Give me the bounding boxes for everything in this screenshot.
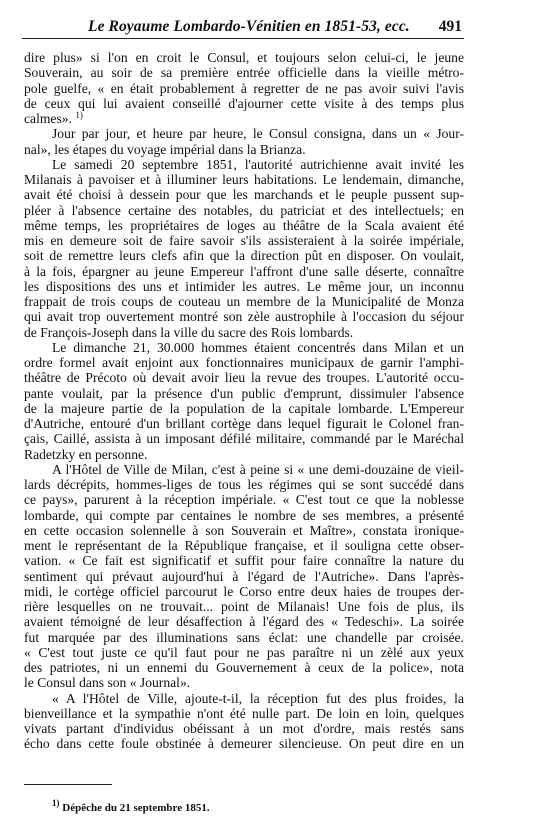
text-line: « A l'Hôtel de Ville, ajoute-t-il, la ré…: [24, 691, 464, 706]
text-line: des patriotes, ni un ennemi du Gouvernem…: [24, 660, 464, 675]
footnote-text: Dépêche du 21 septembre 1851.: [62, 802, 209, 814]
text-line: le Consul dans son « Journal».: [24, 675, 464, 690]
running-title: Le Royaume Lombardo-Vénitien en 1851-53,…: [88, 18, 410, 36]
text-line: fut marquée par des illuminations sans é…: [24, 630, 464, 645]
text-line: « C'est tout juste ce qu'il faut pour ne…: [24, 645, 464, 660]
text-line: Milanais à pavoiser et à illuminer leurs…: [24, 172, 464, 187]
footnote-marker: 1): [52, 798, 60, 808]
text-line: ce pays», parurent à la réception impéri…: [24, 492, 464, 507]
footnote: 1) Dépêche du 21 septembre 1851.: [52, 802, 210, 814]
text-line: vation. « Ce fait est significatif et su…: [24, 553, 464, 568]
running-header: Le Royaume Lombardo-Vénitien en 1851-53,…: [22, 14, 464, 39]
text-line: pante voulait, par la présence d'un publ…: [24, 386, 464, 401]
paragraph: dire plus» si l'on en croit le Consul, e…: [24, 50, 464, 126]
text-line: A l'Hôtel de Ville de Milan, c'est à pei…: [24, 462, 464, 477]
text-line: de la majeure partie de la population de…: [24, 401, 464, 416]
text-line: même temps, les propriétaires de loges a…: [24, 218, 464, 233]
text-line: sentiment qui prévaut aujourd'hui à l'ég…: [24, 569, 464, 584]
text-line: Le dimanche 21, 30.000 hommes étaient co…: [24, 340, 464, 355]
text-line: les dispositions des uns et intimider le…: [24, 279, 464, 294]
text-line: ordre formel avait enjoint aux fonctionn…: [24, 355, 464, 370]
text-line: en cette occasion solennelle à son Souve…: [24, 523, 464, 538]
text-line: d'Autriche, entouré d'un brillant cortèg…: [24, 416, 464, 431]
text-line: vivats partant d'individus obéissant à u…: [24, 721, 464, 736]
text-line: ment le représentant de la République fr…: [24, 538, 464, 553]
text-line: soit de remettre leurs clefs afin que la…: [24, 248, 464, 263]
paragraph: Jour par jour, et heure par heure, le Co…: [24, 126, 464, 157]
text-line: nal», les étapes du voyage impérial dans…: [24, 142, 464, 157]
text-line: Souverain, au soir de sa première entrée…: [24, 65, 464, 80]
text-line: bienveillance et la sympathie n'ont été …: [24, 706, 464, 721]
text-line: lards décrépits, hommes-liges de tous le…: [24, 477, 464, 492]
footnote-divider: [24, 784, 112, 785]
text-line: midi, le cortège officiel parcourut le C…: [24, 584, 464, 599]
paragraph: A l'Hôtel de Ville de Milan, c'est à pei…: [24, 462, 464, 691]
text-line: rière lesquelles on ne trouvait... point…: [24, 599, 464, 614]
text-line: çais, Caillé, assista à un imposant défi…: [24, 431, 464, 446]
text-line: écho dans cette foule obstinée à demeure…: [24, 736, 464, 751]
paragraph: « A l'Hôtel de Ville, ajoute-t-il, la ré…: [24, 691, 464, 752]
text-line: mis en demeure soit de faire savoir s'il…: [24, 233, 464, 248]
page-number: 491: [439, 18, 462, 36]
text-line: de ceux qui lui avaient conseillé d'ajou…: [24, 96, 464, 111]
text-line: calmes». 1): [24, 111, 464, 126]
footnote-reference: 1): [75, 110, 83, 120]
text-line: avaient témoigné de leur désaffection à …: [24, 614, 464, 629]
text-line: de François-Joseph dans la ville du sacr…: [24, 325, 464, 340]
paragraph: Le samedi 20 septembre 1851, l'autorité …: [24, 157, 464, 340]
text-line: qui avait trop ouvertement montré son zè…: [24, 309, 464, 324]
text-line: théâtre de Précoto où devait avoir lieu …: [24, 370, 464, 385]
text-line: dire plus» si l'on en croit le Consul, e…: [24, 50, 464, 65]
text-line: à la fois, épargner au jeune Empereur l'…: [24, 264, 464, 279]
body-text: dire plus» si l'on en croit le Consul, e…: [24, 50, 464, 752]
text-line: pole guelfe, « en était probablement à r…: [24, 81, 464, 96]
text-line: lombarde, qui compte par centaines le no…: [24, 508, 464, 523]
text-line: pléer à l'absence certaine des notables,…: [24, 203, 464, 218]
text-line: avait été choisi à dessein pour que les …: [24, 187, 464, 202]
text-line: Jour par jour, et heure par heure, le Co…: [24, 126, 464, 141]
paragraph: Le dimanche 21, 30.000 hommes étaient co…: [24, 340, 464, 462]
text-line: Radetzky en personne.: [24, 447, 464, 462]
text-line: frappait de trois coups de couteau un me…: [24, 294, 464, 309]
text-line: Le samedi 20 septembre 1851, l'autorité …: [24, 157, 464, 172]
